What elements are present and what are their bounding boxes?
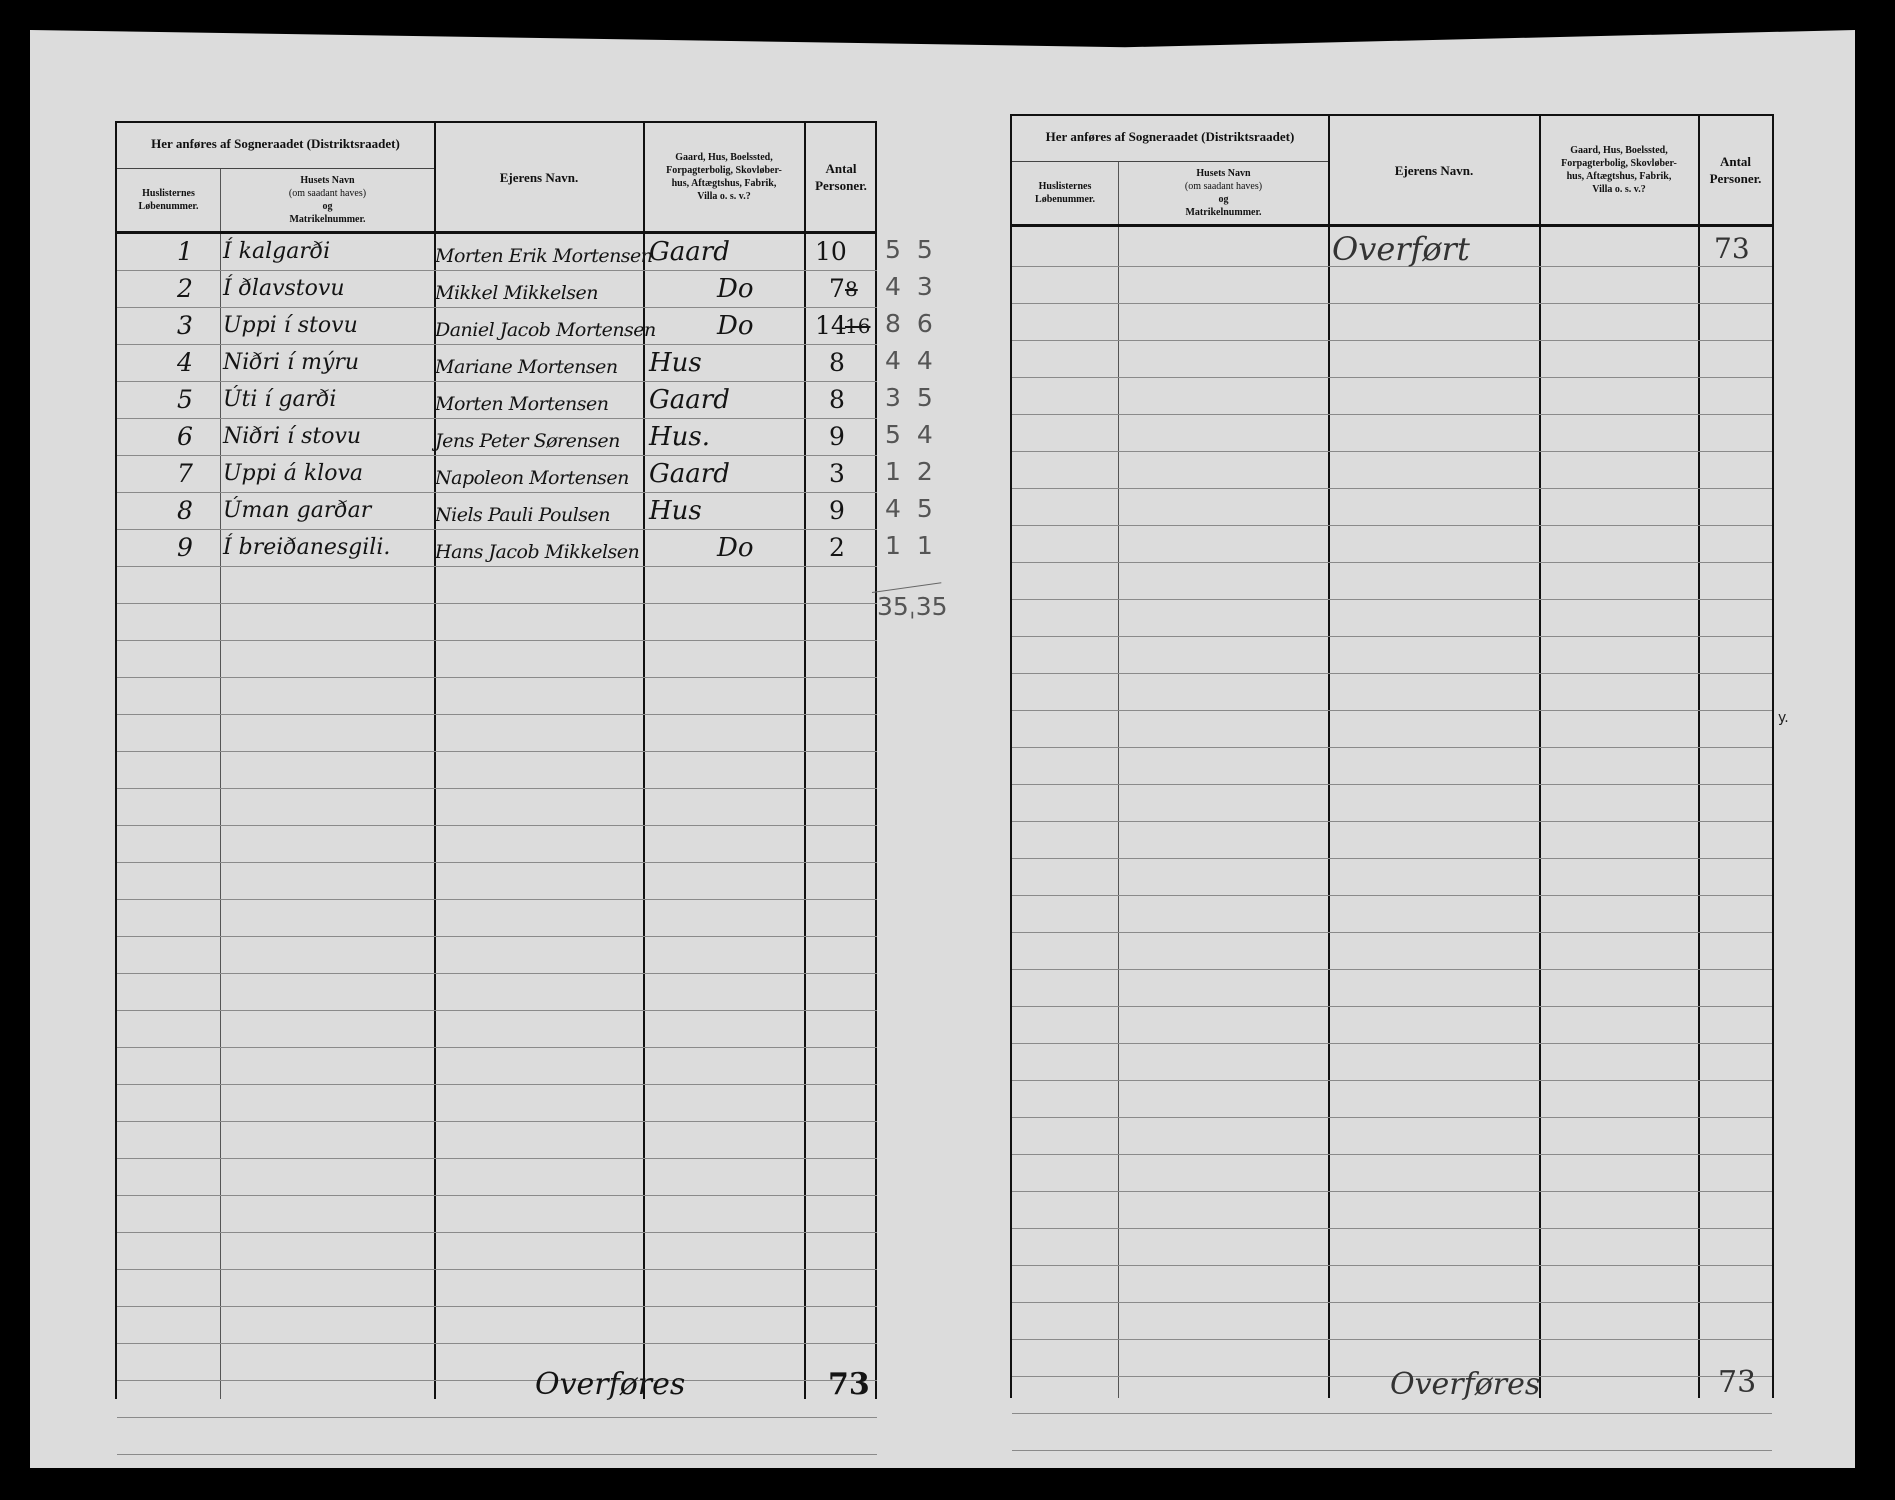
ruled-line bbox=[1012, 858, 1772, 859]
row-number: 3 bbox=[177, 311, 193, 341]
pencil-tally-b: 3 bbox=[917, 272, 933, 301]
header-bottom-rule bbox=[117, 231, 875, 234]
ruled-line bbox=[1012, 340, 1772, 341]
person-count: 7 bbox=[829, 274, 845, 304]
header-antal: Antal Personer. bbox=[805, 123, 877, 231]
pencil-tally-a: 8 bbox=[885, 309, 901, 338]
header-antal: Antal Personer. bbox=[1699, 116, 1772, 224]
owner-name: Hans Jacob Mikkelsen bbox=[435, 537, 639, 567]
pencil-tally-b: 6 bbox=[917, 309, 933, 338]
house-name: Uppi á klova bbox=[223, 459, 363, 489]
ruled-line bbox=[1012, 414, 1772, 415]
row-number: 5 bbox=[177, 385, 193, 415]
ruled-line bbox=[117, 1269, 877, 1270]
property-type: Hus bbox=[649, 348, 702, 378]
ruled-line bbox=[1012, 525, 1772, 526]
pencil-tally-a: 5 bbox=[885, 235, 901, 264]
person-count: 3 bbox=[829, 459, 845, 489]
house-name: Í breiðanesgili. bbox=[223, 533, 390, 563]
col-divider bbox=[1539, 116, 1541, 1398]
ruled-line bbox=[1012, 636, 1772, 637]
person-count: 8 bbox=[829, 348, 845, 378]
pencil-tally-b: 1 bbox=[917, 531, 933, 560]
ruled-line bbox=[1012, 821, 1772, 822]
header-ejerens-navn: Ejerens Navn. bbox=[435, 123, 643, 231]
property-type: Gaard bbox=[649, 237, 730, 267]
ruled-line bbox=[1012, 747, 1772, 748]
row-number: 8 bbox=[177, 496, 193, 526]
ruled-line bbox=[1012, 377, 1772, 378]
house-name: Niðri í stovu bbox=[223, 422, 361, 452]
header-lobenummer: Huslisternes Løbenummer. bbox=[1012, 162, 1118, 224]
pencil-tally-b: 5 bbox=[917, 383, 933, 412]
house-name: Úti í garði bbox=[223, 385, 336, 415]
row-number: 2 bbox=[177, 274, 193, 304]
pencil-tally-a: 4 bbox=[885, 346, 901, 375]
pencil-tally-a: 1 bbox=[885, 531, 901, 560]
right-footer-total: 73 bbox=[1718, 1368, 1756, 1398]
person-count: 9 bbox=[829, 422, 845, 452]
ruled-line bbox=[1012, 1450, 1772, 1451]
person-count-struck: 8 bbox=[845, 274, 858, 304]
property-type: Do bbox=[717, 311, 754, 341]
ruled-line bbox=[117, 1121, 877, 1122]
header-lobenummer: Huslisternes Løbenummer. bbox=[117, 169, 220, 231]
left-footer-overfores: Overføres bbox=[535, 1370, 685, 1400]
row-number: 7 bbox=[177, 459, 193, 489]
row-number: 6 bbox=[177, 422, 193, 452]
ruled-line bbox=[117, 899, 877, 900]
left-footer-total: 73 bbox=[828, 1370, 870, 1400]
pencil-tally: 5 5 bbox=[885, 235, 933, 264]
ruled-line bbox=[1012, 969, 1772, 970]
ruled-line bbox=[1012, 1302, 1772, 1303]
pencil-tally-a: 1 bbox=[885, 457, 901, 486]
owner-name: Morten Mortensen bbox=[435, 389, 608, 419]
header-husets-navn: Husets Navn (om saadant haves) og Matrik… bbox=[1119, 162, 1328, 224]
pencil-tally: 1 2 bbox=[885, 457, 933, 486]
pencil-tally-a: 4 bbox=[885, 494, 901, 523]
pencil-tally: 5 4 bbox=[885, 420, 933, 449]
row-number: 9 bbox=[177, 533, 193, 563]
person-count-struck: 16 bbox=[845, 311, 870, 341]
ruled-line bbox=[1012, 1265, 1772, 1266]
ruled-line bbox=[117, 1380, 877, 1381]
ruled-line bbox=[1012, 895, 1772, 896]
ruled-line bbox=[1012, 1154, 1772, 1155]
col-divider bbox=[220, 168, 221, 1399]
pencil-tally-a: 3 bbox=[885, 383, 901, 412]
property-type: Hus bbox=[649, 496, 702, 526]
ruled-line bbox=[1012, 1080, 1772, 1081]
owner-name: Daniel Jacob Mortensen bbox=[435, 315, 656, 345]
person-count: 8 bbox=[829, 385, 845, 415]
ruled-line bbox=[117, 1084, 877, 1085]
owner-name: Napoleon Mortensen bbox=[435, 463, 629, 493]
header-ejerens-navn: Ejerens Navn. bbox=[1329, 116, 1539, 224]
ruled-line bbox=[1012, 1043, 1772, 1044]
pencil-tally: 8 6 bbox=[885, 309, 933, 338]
property-type: Do bbox=[717, 274, 754, 304]
carried-forward-label: Overført bbox=[1332, 234, 1470, 264]
col-divider bbox=[1328, 116, 1330, 1398]
house-name: Í kalgarði bbox=[223, 237, 330, 267]
house-name: Uppi í stovu bbox=[223, 311, 358, 341]
col-divider bbox=[804, 123, 806, 1399]
ruled-line bbox=[117, 714, 877, 715]
ruled-line bbox=[117, 973, 877, 974]
ruled-line bbox=[117, 1417, 877, 1418]
ruled-line bbox=[1012, 488, 1772, 489]
pencil-tally-b: 5 bbox=[917, 235, 933, 264]
pencil-tally-b: 4 bbox=[917, 420, 933, 449]
pencil-tally: 4 5 bbox=[885, 494, 933, 523]
pencil-tally: 1 1 bbox=[885, 531, 933, 560]
person-count: 9 bbox=[829, 496, 845, 526]
ruled-line bbox=[1012, 1191, 1772, 1192]
ruled-line bbox=[117, 603, 877, 604]
col-divider bbox=[1698, 116, 1700, 1398]
ruled-line bbox=[117, 1454, 877, 1455]
header-type: Gaard, Hus, Boelssted, Forpagterbolig, S… bbox=[1540, 116, 1698, 224]
ruled-line bbox=[1012, 673, 1772, 674]
pencil-tally-b: 4 bbox=[917, 346, 933, 375]
row-number: 1 bbox=[177, 237, 193, 267]
ruled-line bbox=[1012, 1413, 1772, 1414]
property-type: Hus. bbox=[649, 422, 710, 452]
ruled-line bbox=[117, 677, 877, 678]
left-register-table: Her anføres af Sogneraadet (Distriktsraa… bbox=[115, 121, 877, 1399]
ruled-line bbox=[117, 936, 877, 937]
ruled-line bbox=[117, 1010, 877, 1011]
pencil-tally-b: 2 bbox=[917, 457, 933, 486]
ruled-line bbox=[1012, 562, 1772, 563]
ruled-line bbox=[117, 1047, 877, 1048]
pencil-tally: 4 3 bbox=[885, 272, 933, 301]
ruled-line bbox=[117, 1306, 877, 1307]
ruled-line bbox=[1012, 1228, 1772, 1229]
owner-name: Mariane Mortensen bbox=[435, 352, 618, 382]
ruled-line bbox=[1012, 599, 1772, 600]
owner-name: Morten Erik Mortensen bbox=[435, 241, 653, 271]
right-register-table: Her anføres af Sogneraadet (Distriktsraa… bbox=[1010, 114, 1774, 1398]
person-count: 2 bbox=[829, 533, 845, 563]
ruled-line bbox=[117, 1232, 877, 1233]
carried-forward-total: 73 bbox=[1714, 234, 1750, 264]
pencil-tally-a: 4 bbox=[885, 272, 901, 301]
owner-name: Mikkel Mikkelsen bbox=[435, 278, 598, 308]
property-type: Gaard bbox=[649, 459, 730, 489]
ruled-line bbox=[117, 1343, 877, 1344]
header-type: Gaard, Hus, Boelssted, Forpagterbolig, S… bbox=[644, 123, 804, 231]
header-husets-navn: Husets Navn (om saadant haves) og Matrik… bbox=[221, 169, 434, 231]
ruled-line bbox=[1012, 303, 1772, 304]
ruled-line bbox=[1012, 932, 1772, 933]
ruled-line bbox=[117, 640, 877, 641]
header-group-title: Her anføres af Sogneraadet (Distriktsraa… bbox=[1012, 129, 1328, 145]
ruled-line bbox=[1012, 1006, 1772, 1007]
pencil-tally-b: 5 bbox=[917, 494, 933, 523]
house-name: Niðri í mýru bbox=[223, 348, 359, 378]
ruled-line bbox=[1012, 451, 1772, 452]
person-count: 14 bbox=[815, 311, 847, 341]
pencil-tally: 4 4 bbox=[885, 346, 933, 375]
ruled-line bbox=[1012, 784, 1772, 785]
pencil-tally-a: 5 bbox=[885, 420, 901, 449]
pencil-tally: 3 5 bbox=[885, 383, 933, 412]
person-count: 10 bbox=[815, 237, 847, 267]
owner-name: Jens Peter Sørensen bbox=[435, 426, 620, 456]
property-type: Do bbox=[717, 533, 754, 563]
ruled-line bbox=[117, 1158, 877, 1159]
ruled-line bbox=[117, 862, 877, 863]
header-bottom-rule bbox=[1012, 224, 1772, 227]
ruled-line bbox=[117, 788, 877, 789]
row-number: 4 bbox=[177, 348, 193, 378]
pencil-total: 35ˌ35 bbox=[877, 592, 948, 621]
right-footer-overfores: Overføres bbox=[1390, 1370, 1540, 1400]
owner-name: Niels Pauli Poulsen bbox=[435, 500, 610, 530]
property-type: Gaard bbox=[649, 385, 730, 415]
header-group-title: Her anføres af Sogneraadet (Distriktsraa… bbox=[117, 136, 434, 152]
house-name: Úman garðar bbox=[223, 496, 371, 526]
col-divider bbox=[1118, 161, 1119, 1398]
ruled-line bbox=[117, 825, 877, 826]
margin-mark: y. bbox=[1778, 710, 1789, 726]
ruled-line bbox=[1012, 1339, 1772, 1340]
ruled-line bbox=[1012, 1117, 1772, 1118]
house-name: Í ðlavstovu bbox=[223, 274, 344, 304]
ruled-line bbox=[117, 1195, 877, 1196]
ruled-line bbox=[1012, 710, 1772, 711]
ruled-line bbox=[117, 751, 877, 752]
